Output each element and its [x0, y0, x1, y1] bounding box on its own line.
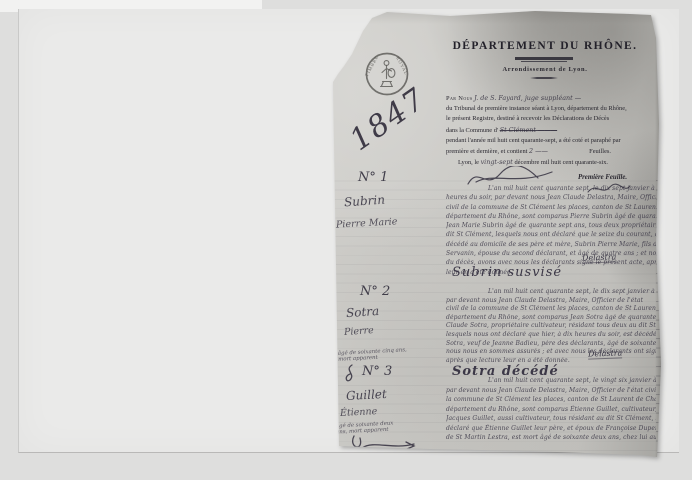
register-page-paper: TIMBRE ROYAL 1847 DÉPARTEMENT DU RHÔNE. …: [330, 4, 666, 466]
act3-body: L'an mil huit cent quarante sept, le vin…: [446, 376, 656, 443]
act2-mayor-signature: Delastra: [588, 348, 623, 359]
act-line: décédé au domicile de ses père et mère, …: [446, 240, 656, 249]
printed-text: dans la Commune d': [446, 127, 498, 134]
act-line: heures du soir, par devant nous Jean Cla…: [446, 193, 656, 202]
register-line: du Tribunal de première instance séant à…: [446, 104, 658, 114]
act-line: de St Martin Lestra, est mort âgé de soi…: [446, 433, 656, 443]
handwritten-sheet-count: 2 ——: [529, 147, 548, 155]
register-line: le présent Registre, destiné à recevoir …: [446, 114, 658, 124]
act-line: département du Rhône, sont comparus Étie…: [446, 405, 656, 415]
act2-body: L'an mil huit cent quarante sept, le dix…: [446, 288, 656, 365]
register-page: TIMBRE ROYAL 1847 DÉPARTEMENT DU RHÔNE. …: [330, 4, 666, 466]
edge-annotations: [656, 180, 662, 448]
act3-number: N° 3: [362, 364, 392, 379]
act-line: lesquels nous ont déclaré que hier, à di…: [446, 331, 656, 340]
header-ornament: [530, 77, 558, 79]
act3-margin-subname: Étienne: [340, 406, 378, 419]
printed-text: Par Nous: [446, 95, 473, 102]
register-line: Par Nous J. de S. Fayard, juge suppléant…: [446, 93, 658, 104]
act-line: L'an mil huit cent quarante sept, le vin…: [446, 376, 656, 386]
header-rule: [515, 57, 573, 60]
act-line: Claude Sotra, propriétaire cultivateur, …: [446, 322, 656, 331]
act-line: civil de la commune de St Clément les pl…: [446, 203, 656, 212]
stamp-word-right: ROYAL: [395, 56, 409, 76]
act-line: Servanin, épouse du second déclarant, et…: [446, 249, 656, 258]
act-line: dit St Clément, lesquels nous ont déclar…: [446, 230, 656, 239]
act-line: par devant nous Jean Claude Delastra, Ma…: [446, 297, 656, 306]
act-line: département du Rhône, sont comparus Jean…: [446, 314, 656, 323]
register-line: pendant l'année mil huit cent quarante-s…: [446, 136, 658, 146]
act-line: Jean Marie Subrin âgé de quarante sept a…: [446, 221, 656, 230]
handwritten-commune-name: St Clément ———: [500, 126, 557, 134]
bottom-paraph-flourish: [348, 432, 418, 456]
act-line: Jacques Guillet, aussi cultivateur, tous…: [446, 414, 656, 424]
act-line: L'an mil huit cent quarante sept, le dix…: [446, 184, 656, 193]
register-line: dans la Commune d' St Clément ———: [446, 125, 658, 136]
act-line: L'an mil huit cent quarante sept, le dix…: [446, 288, 656, 297]
register-line: première et dernière, et contient 2 —— F…: [446, 146, 658, 157]
act2-margin-subname: Pierre: [344, 325, 374, 338]
first-sheet-label: Première Feuille.: [578, 174, 627, 181]
printed-text: Feuilles.: [589, 148, 611, 155]
act2-number: N° 2: [360, 284, 390, 299]
act2-caption: Subrin susvisé: [452, 265, 562, 280]
handwritten-judge-name: J. de S. Fayard, juge suppléant —: [474, 94, 581, 102]
act3-margin-name: Guillet: [346, 387, 387, 403]
stamp-figure-icon: [381, 61, 395, 87]
act-line: département du Rhône, sont comparus Pier…: [446, 212, 656, 221]
page-title: DÉPARTEMENT DU RHÔNE.: [430, 40, 660, 52]
act1-mayor-signature: Delastra: [582, 252, 617, 263]
act-line: nous nous en sommes assurés ; et avec no…: [446, 348, 656, 357]
act-line: la commune de St Clément les places, can…: [446, 395, 656, 405]
act1-number: N° 1: [358, 170, 388, 185]
act1-margin-name: Subrin: [344, 193, 386, 210]
act-line: civil de la commune de St Clément les pl…: [446, 305, 656, 314]
printed-text: première et dernière, et contient: [446, 148, 527, 155]
act2-margin-name: Sotra: [346, 304, 380, 320]
scanner-background: TIMBRE ROYAL 1847 DÉPARTEMENT DU RHÔNE. …: [0, 0, 692, 480]
act-line: déclaré que Étienne Guillet leur père, e…: [446, 424, 656, 434]
register-formula: Par Nous J. de S. Fayard, juge suppléant…: [446, 93, 658, 168]
stamp-word-left: TIMBRE: [364, 54, 379, 77]
act1-body: L'an mil huit cent quarante sept, le dix…: [446, 184, 656, 277]
act-line: Sotra, veuf de Jeanne Badieu, père des d…: [446, 340, 656, 349]
act-line: par devant nous Jean Claude Delastra, Ma…: [446, 386, 656, 396]
page-subtitle: Arrondissement de Lyon.: [430, 66, 660, 73]
